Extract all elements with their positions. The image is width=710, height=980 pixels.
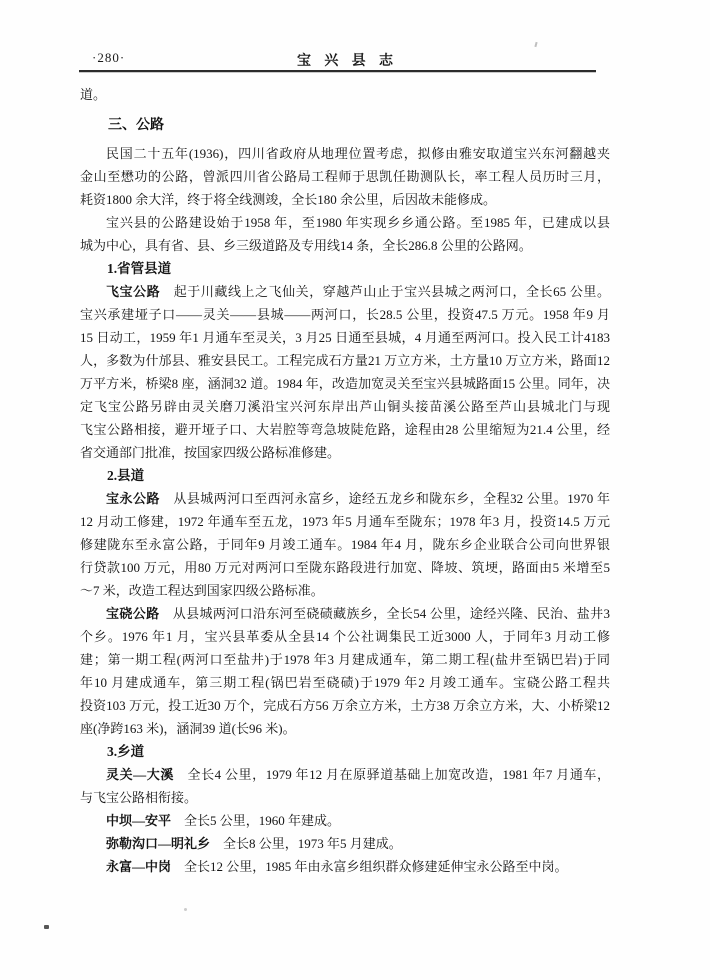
body-line: 灵关—大溪 全长4 公里，1979 年12 月在原驿道基础上加宽改造，1981 … bbox=[80, 763, 610, 786]
body-line: 省交通部门批准，按国家四级公路标准修建。 bbox=[80, 441, 610, 464]
body-line: 弥勒沟口—明礼乡 全长8 公里，1973 年5 月建成。 bbox=[80, 832, 610, 855]
road-name-label: 永富—中岗 bbox=[106, 859, 171, 874]
scanned-book-page: ·280· 宝兴县志 道。三、公路民国二十五年(1936)，四川省政府从地理位置… bbox=[0, 0, 710, 980]
body-line: 民国二十五年(1936)，四川省政府从地理位置考虑，拟修由雅安取道宝兴东河翻越夹 bbox=[80, 142, 610, 165]
road-name-label: 宝硗公路 bbox=[106, 606, 159, 621]
road-name-label: 飞宝公路 bbox=[106, 284, 160, 299]
scan-artifact-speck bbox=[534, 42, 537, 47]
body-line: 建；第一期工程(两河口至盐井)于1978 年3 月建成通车，第二期工程(盐井至锅… bbox=[80, 648, 610, 671]
scan-artifact-speck bbox=[184, 908, 187, 911]
body-line: 飞宝公路 起于川藏线上之飞仙关，穿越芦山止于宝兴县城之两河口，全长65 公里。 bbox=[80, 280, 610, 303]
body-line: 与飞宝公路相衔接。 bbox=[80, 786, 610, 809]
road-name-label: 中坝—安平 bbox=[106, 813, 171, 828]
header-rule bbox=[79, 70, 596, 72]
body-line: 道。 bbox=[80, 83, 610, 106]
body-line: 个乡。1976 年1 月，宝兴县革委从全县14 个公社调集民工近3000 人，于… bbox=[80, 625, 610, 648]
body-line: 12 月动工修建，1972 年通车至五龙，1973 年5 月通车至陇东；1978… bbox=[80, 510, 610, 533]
body-line: 投资103 万元，投工近30 万个，完成石方56 万余立方米，土方38 万余立方… bbox=[80, 694, 610, 717]
body-line: 座(净跨163 米)，涵洞39 道(长96 米)。 bbox=[80, 717, 610, 740]
book-title: 宝兴县志 bbox=[80, 50, 610, 70]
document-body: 道。三、公路民国二十五年(1936)，四川省政府从地理位置考虑，拟修由雅安取道宝… bbox=[80, 83, 610, 878]
subsection-heading: 3.乡道 bbox=[80, 740, 610, 763]
body-line: ～7 米，改造工程达到国家四级公路标准。 bbox=[80, 579, 610, 602]
body-line: 飞宝公路相接，避开垭子口、大岩腔等弯急坡陡危路，途程由28 公里缩短为21.4 … bbox=[80, 418, 610, 441]
body-line: 年10 月建成通车，第三期工程(锅巴岩至硗碛)于1979 年2 月竣工通车。宝硗… bbox=[80, 671, 610, 694]
body-line: 宝兴承建垭子口——灵关——县城——两河口，长28.5 公里，投资47.5 万元。… bbox=[80, 303, 610, 326]
road-name-label: 宝永公路 bbox=[106, 491, 160, 506]
body-line: 万平方米，桥梁8 座，涵洞32 道。1984 年，改造加宽灵关至宝兴县城路面15… bbox=[80, 372, 610, 395]
body-line: 修建陇东至永富公路，于同年9 月竣工通车。1984 年4 月，陇东乡企业联合公司… bbox=[80, 533, 610, 556]
body-line: 耗资1800 余大洋，终于将全线测竣，全长180 余公里，后因故未能修成。 bbox=[80, 188, 610, 211]
scan-artifact-speck bbox=[44, 925, 49, 929]
section-heading: 三、公路 bbox=[80, 114, 610, 137]
body-line: 金山至懋功的公路，曾派四川省公路局工程师于思凯任勘测队长，率工程人员历时三月， bbox=[80, 165, 610, 188]
body-line: 宝硗公路 从县城两河口沿东河至硗碛藏族乡，全长54 公里，途经兴隆、民治、盐井3 bbox=[80, 602, 610, 625]
subsection-heading: 1.省管县道 bbox=[80, 257, 610, 280]
road-name-label: 灵关—大溪 bbox=[106, 767, 174, 782]
body-line: 行贷款100 万元，用80 万元对两河口至陇东路段进行加宽、降坡、筑埂，路面由5… bbox=[80, 556, 610, 579]
page-header: ·280· 宝兴县志 bbox=[80, 50, 610, 68]
body-line: 15 日动工，1959 年1 月通车至灵关，3 月25 日通至县城，4 月通至两… bbox=[80, 326, 610, 349]
body-line: 定飞宝公路另辟由灵关磨刀溪沿宝兴河东岸出芦山铜头接苗溪公路至芦山县城北门与现 bbox=[80, 395, 610, 418]
subsection-heading: 2.县道 bbox=[80, 464, 610, 487]
body-line: 中坝—安平 全长5 公里，1960 年建成。 bbox=[80, 809, 610, 832]
body-line: 宝永公路 从县城两河口至西河永富乡，途经五龙乡和陇东乡，全程32 公里。1970… bbox=[80, 487, 610, 510]
body-line: 人，多数为什邡县、雅安县民工。工程完成石方量21 万立方米，土方量10 万立方米… bbox=[80, 349, 610, 372]
road-name-label: 弥勒沟口—明礼乡 bbox=[106, 836, 210, 851]
body-line: 永富—中岗 全长12 公里，1985 年由永富乡组织群众修建延伸宝永公路至中岗。 bbox=[80, 855, 610, 878]
body-line: 宝兴县的公路建设始于1958 年，至1980 年实现乡乡通公路。至1985 年，… bbox=[80, 211, 610, 234]
body-line: 城为中心，具有省、县、乡三级道路及专用线14 条，全长286.8 公里的公路网。 bbox=[80, 234, 610, 257]
